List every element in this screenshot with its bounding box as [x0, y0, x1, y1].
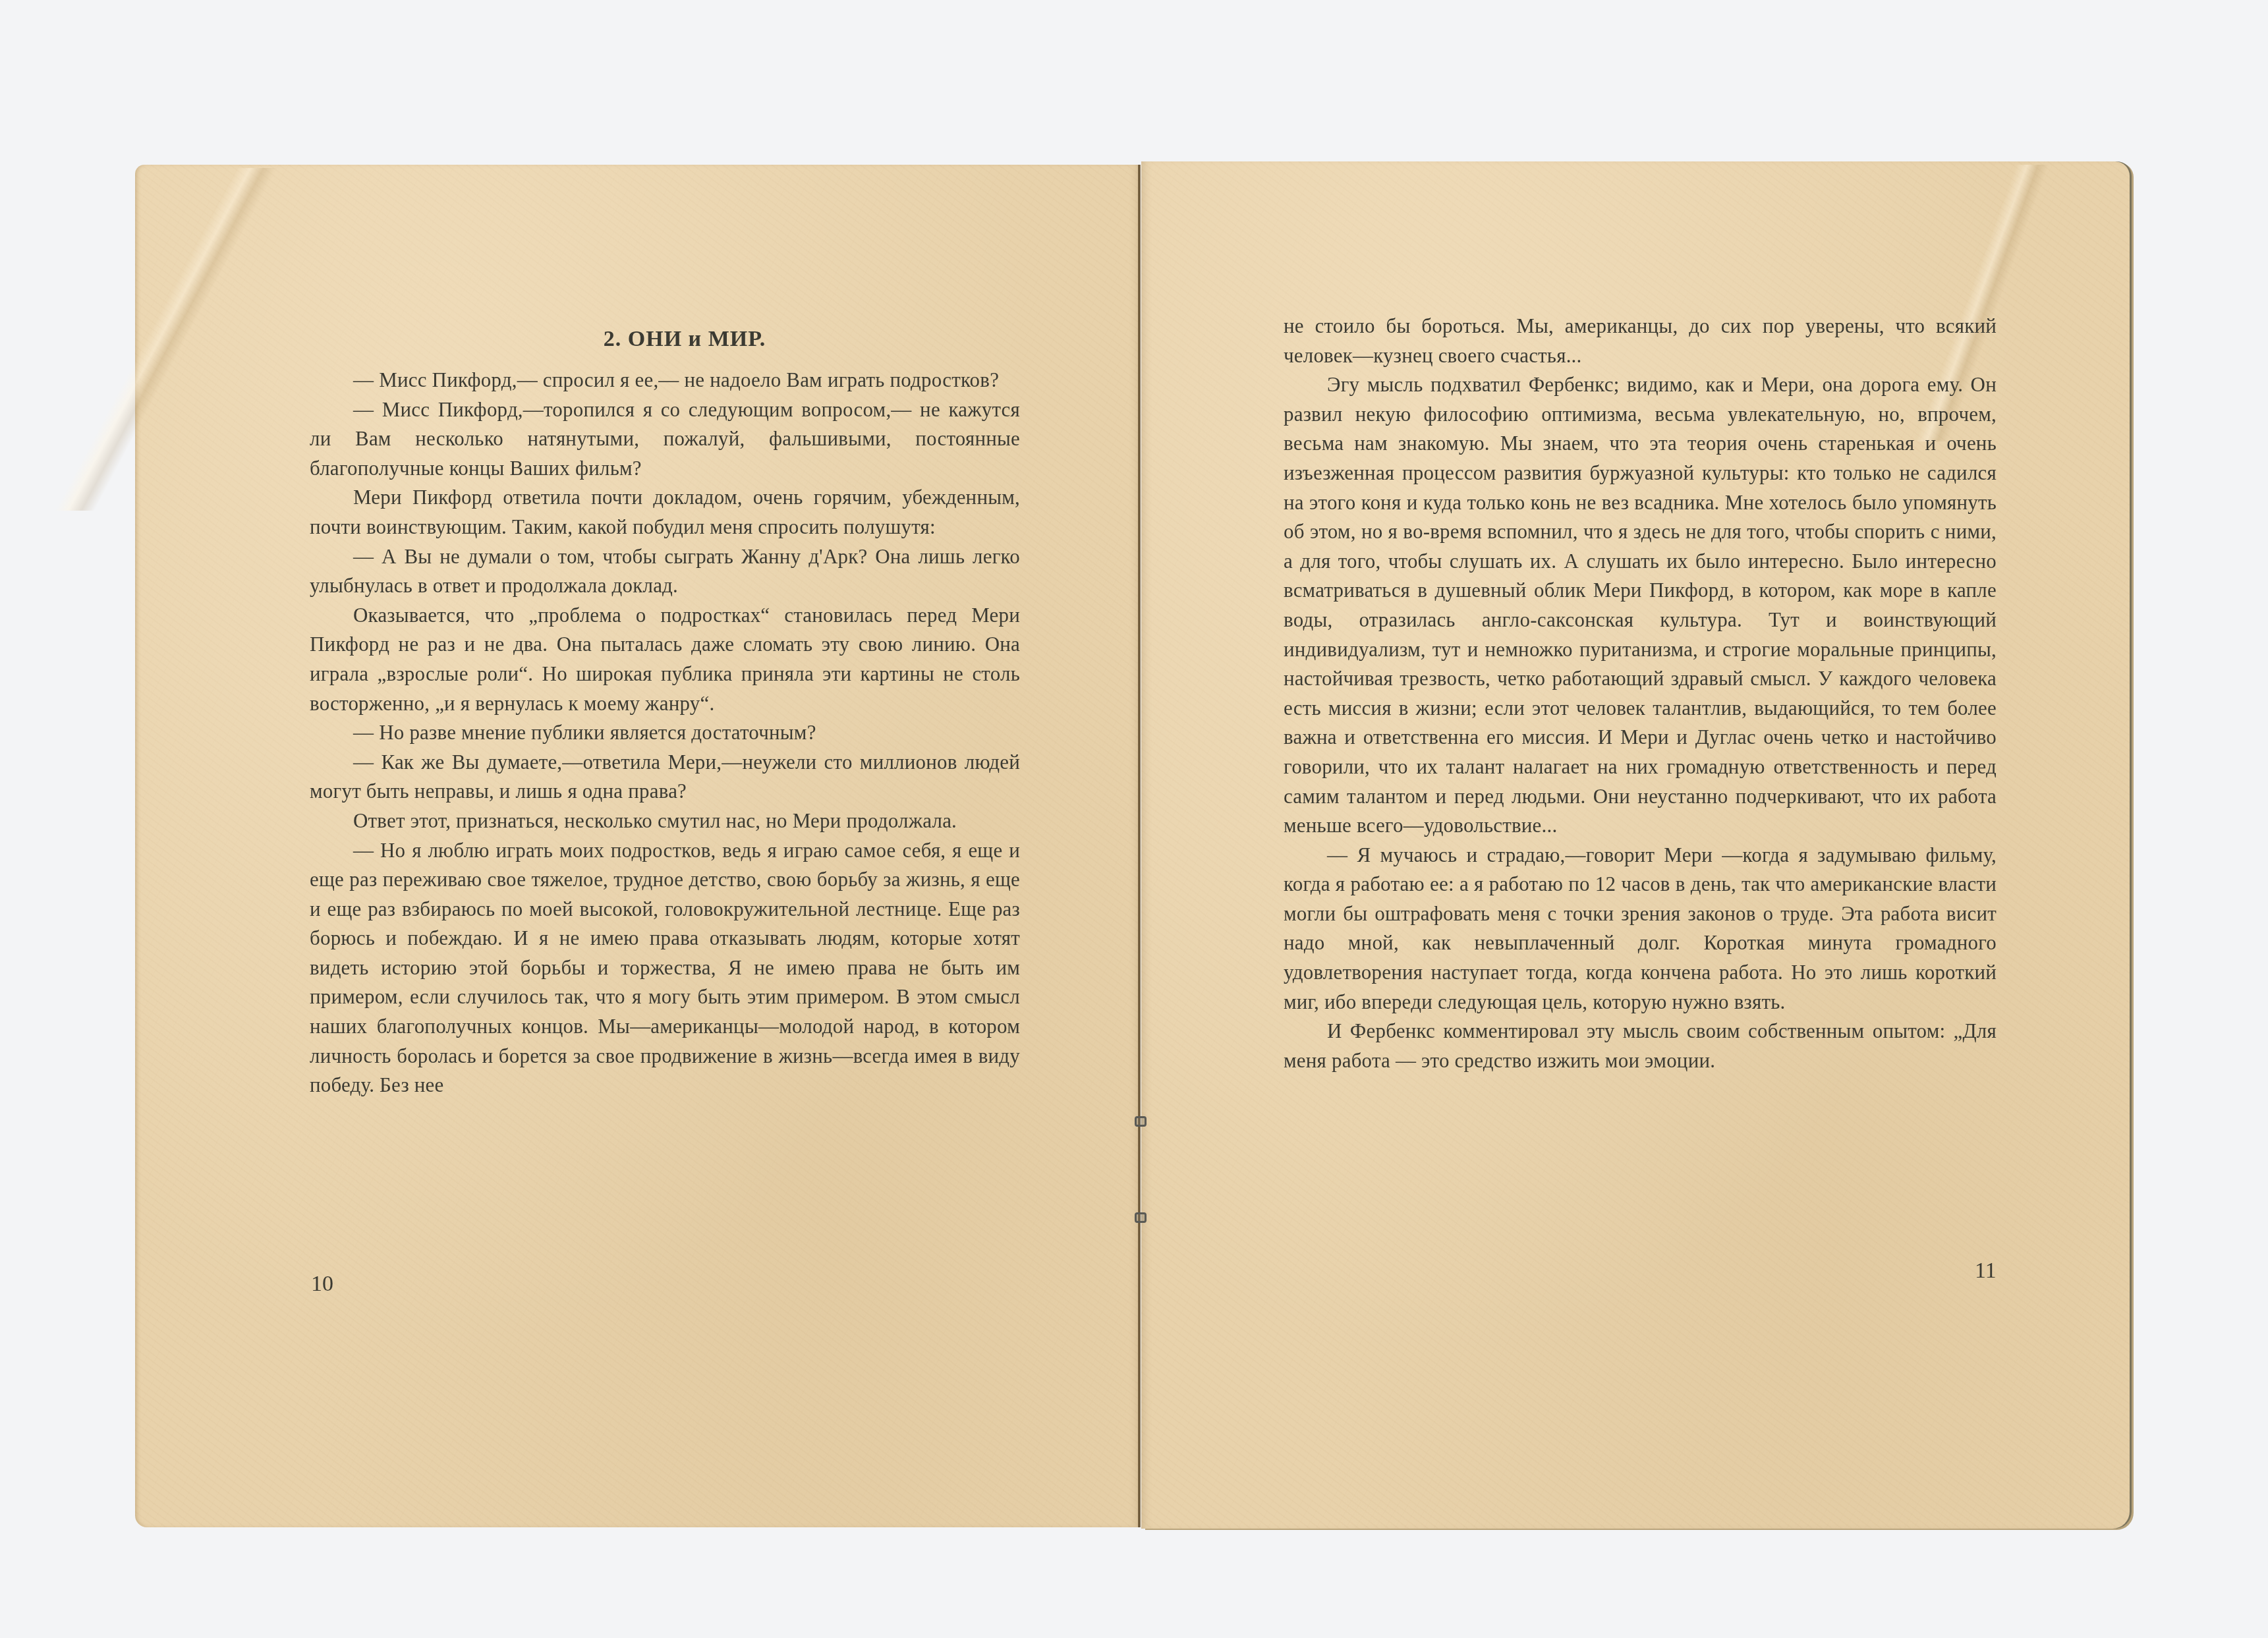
spine-fold — [1138, 165, 1141, 1527]
paragraph: — Как же Вы думаете,—ответила Мери,—неуж… — [310, 748, 1020, 806]
chapter-title: 2. ОНИ и МИР. — [310, 321, 1020, 358]
paragraph: Мери Пикфорд ответила почти докладом, оч… — [310, 483, 1020, 542]
staple — [1135, 1212, 1147, 1223]
paragraph: Эгу мысль подхватил Фербенкс; видимо, ка… — [1284, 370, 1997, 841]
paragraph: — Мисс Пикфорд,— спросил я ее,— не надое… — [310, 366, 1020, 395]
right-text-column: не стоило бы бороться. Мы, американцы, д… — [1284, 312, 1997, 1075]
paragraph: — Но я люблю играть моих подростков, вед… — [310, 836, 1020, 1100]
left-text-column: 2. ОНИ и МИР. — Мисс Пикфорд,— спросил я… — [310, 321, 1020, 1100]
paragraph-continuation: не стоило бы бороться. Мы, американцы, д… — [1284, 312, 1997, 370]
staple — [1135, 1116, 1147, 1127]
paragraph: — А Вы не думали о том, чтобы сыграть Жа… — [310, 542, 1020, 601]
paragraph: — Мисс Пикфорд,—торопился я со следующим… — [310, 395, 1020, 484]
page-number-right: 11 — [1975, 1258, 1997, 1284]
paragraph: — Но разве мнение публики является доста… — [310, 718, 1020, 748]
booklet-spread: 2. ОНИ и МИР. — Мисс Пикфорд,— спросил я… — [0, 0, 2268, 1638]
paragraph: Оказывается, что „проблема о подростках“… — [310, 601, 1020, 718]
paragraph: И Фербенкс комментировал эту мысль своим… — [1284, 1017, 1997, 1075]
paragraph: Ответ этот, признаться, несколько смутил… — [310, 806, 1020, 836]
page-number-left: 10 — [311, 1272, 333, 1297]
paragraph: — Я мучаюсь и страдаю,—говорит Мери —ког… — [1284, 841, 1997, 1017]
